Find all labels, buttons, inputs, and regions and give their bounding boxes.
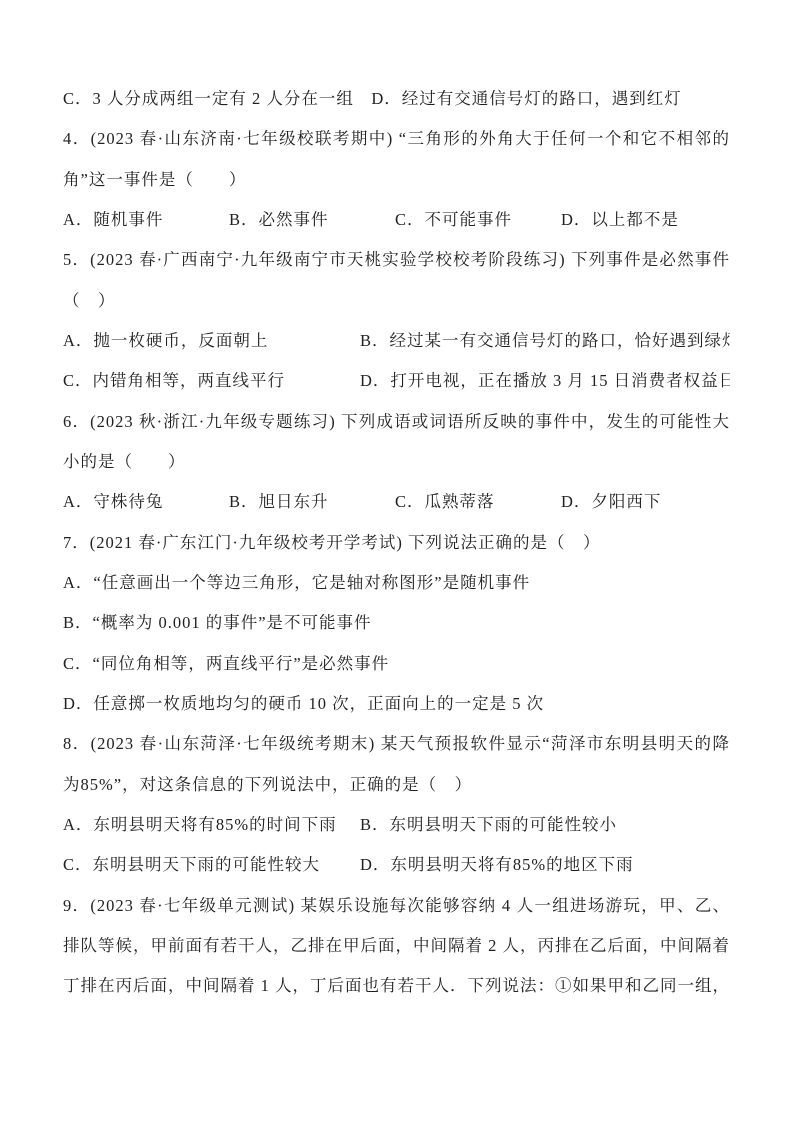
document-page: C．3 人分成两组一定有 2 人分在一组 D．经过有交通信号灯的路口，遇到红灯 …: [0, 0, 793, 1122]
question-5-option-a: A．抛一枚硬币，反面朝上: [63, 321, 360, 361]
question-8-option-b: B．东明县明天下雨的可能性较小: [360, 805, 730, 845]
question-7-option-a: A．“任意画出一个等边三角形，它是轴对称图形”是随机事件: [63, 563, 730, 603]
question-9-stem-line-2: 排队等候，甲前面有若干人，乙排在甲后面，中间隔着 2 人，丙排在乙后面，中间隔着…: [63, 926, 730, 966]
question-4-option-c: C．不可能事件: [395, 200, 561, 240]
question-3-options-c-d: C．3 人分成两组一定有 2 人分在一组 D．经过有交通信号灯的路口，遇到红灯: [63, 79, 730, 119]
question-5-answer-blank: （ ）: [63, 281, 730, 321]
question-7-stem: 7．(2021 春·广东江门·九年级校考开学考试) 下列说法正确的是（ ）: [63, 523, 730, 563]
question-5-options-c-d: C．内错角相等，两直线平行 D．打开电视，正在播放 3 月 15 日消费者权益日…: [63, 361, 730, 401]
question-4-options-row: A．随机事件 B．必然事件 C．不可能事件 D．以上都不是: [63, 200, 730, 240]
question-4-option-b: B．必然事件: [229, 200, 395, 240]
question-5-options-a-b: A．抛一枚硬币，反面朝上 B．经过某一有交通信号灯的路口，恰好遇到绿灯: [63, 321, 730, 361]
question-9-stem-line-3: 丁排在丙后面，中间隔着 1 人，丁后面也有若干人．下列说法：①如果甲和乙同一组，…: [63, 966, 730, 1006]
question-8-option-c: C．东明县明天下雨的可能性较大: [63, 845, 360, 885]
question-6-options-row: A．守株待兔 B．旭日东升 C．瓜熟蒂落 D．夕阳西下: [63, 482, 730, 522]
question-4-stem-line-1: 4．(2023 春·山东济南·七年级校联考期中) “三角形的外角大于任何一个和它…: [63, 119, 730, 159]
question-6-option-a: A．守株待兔: [63, 482, 229, 522]
question-7-option-b: B．“概率为 0.001 的事件”是不可能事件: [63, 603, 730, 643]
question-4-option-d: D．以上都不是: [561, 200, 730, 240]
question-6-option-b: B．旭日东升: [229, 482, 395, 522]
question-8-option-d: D．东明县明天将有85%的地区下雨: [360, 845, 730, 885]
question-6-stem-line-2: 小的是（ ）: [63, 442, 730, 482]
question-6-stem-line-1: 6．(2023 秋·浙江·九年级专题练习) 下列成语或词语所反映的事件中，发生的…: [63, 402, 730, 442]
question-8-options-c-d: C．东明县明天下雨的可能性较大 D．东明县明天将有85%的地区下雨: [63, 845, 730, 885]
question-9-stem-line-1: 9．(2023 春·七年级单元测试) 某娱乐设施每次能够容纳 4 人一组进场游玩…: [63, 886, 730, 926]
question-4-stem-line-2: 角”这一事件是（ ）: [63, 160, 730, 200]
question-5-option-d: D．打开电视，正在播放 3 月 15 日消费者权益日晚会: [360, 361, 730, 401]
question-7-option-d: D．任意掷一枚质地均匀的硬币 10 次，正面向上的一定是 5 次: [63, 684, 730, 724]
question-5-option-c: C．内错角相等，两直线平行: [63, 361, 360, 401]
question-8-stem-line-1: 8．(2023 春·山东菏泽·七年级统考期末) 某天气预报软件显示“菏泽市东明县…: [63, 724, 730, 764]
question-4-option-a: A．随机事件: [63, 200, 229, 240]
question-8-option-a: A．东明县明天将有85%的时间下雨: [63, 805, 360, 845]
question-7-option-c: C．“同位角相等，两直线平行”是必然事件: [63, 644, 730, 684]
question-5-option-b: B．经过某一有交通信号灯的路口，恰好遇到绿灯: [360, 321, 730, 361]
question-6-option-d: D．夕阳西下: [561, 482, 730, 522]
question-6-option-c: C．瓜熟蒂落: [395, 482, 561, 522]
question-5-stem: 5．(2023 春·广西南宁·九年级南宁市天桃实验学校校考阶段练习) 下列事件是…: [63, 240, 730, 280]
question-8-stem-line-2: 为85%”，对这条信息的下列说法中，正确的是（ ）: [63, 765, 730, 805]
question-8-options-a-b: A．东明县明天将有85%的时间下雨 B．东明县明天下雨的可能性较小: [63, 805, 730, 845]
